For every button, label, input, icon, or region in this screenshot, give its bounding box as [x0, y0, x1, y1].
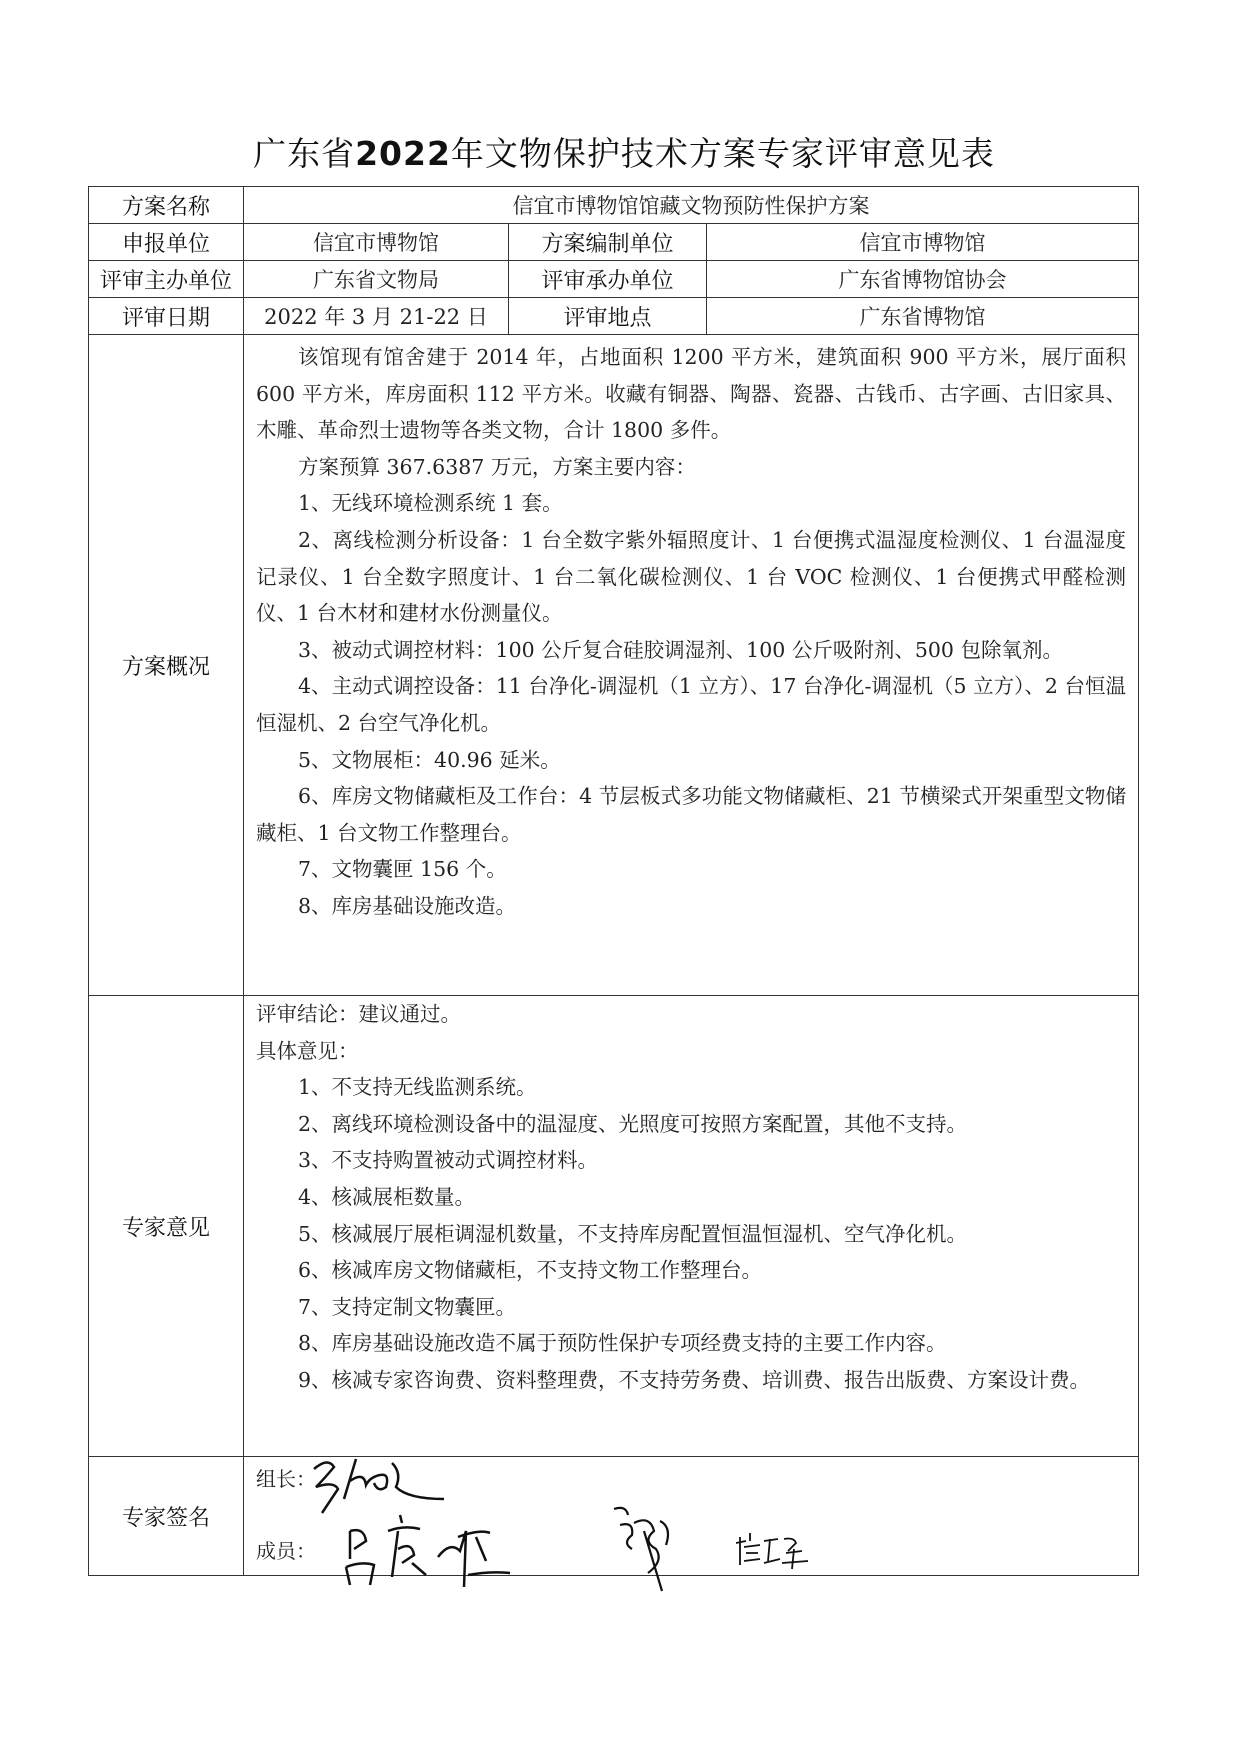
row-overview: 方案概况 该馆现有馆舍建于 2014 年，占地面积 1200 平方米，建筑面积 … [89, 335, 1139, 996]
compiler-label: 方案编制单位 [509, 224, 707, 261]
opinion-item: 1、不支持无线监测系统。 [256, 1069, 1126, 1106]
member-signature-ink-3 [732, 1527, 812, 1573]
organizer-value: 广东省博物馆协会 [707, 261, 1139, 298]
title-year: 2022 [355, 134, 451, 173]
member-signature-ink-1 [340, 1501, 570, 1587]
row-host: 评审主办单位 广东省文物局 评审承办单位 广东省博物馆协会 [89, 261, 1139, 298]
applicant-label: 申报单位 [89, 224, 244, 261]
overview-budget: 方案预算 367.6387 万元，方案主要内容： [256, 449, 1126, 486]
compiler-value: 信宜市博物馆 [707, 224, 1139, 261]
review-form-table: 方案名称 信宜市博物馆馆藏文物预防性保护方案 申报单位 信宜市博物馆 方案编制单… [88, 186, 1139, 1576]
opinion-item: 9、核减专家咨询费、资料整理费，不支持劳务费、培训费、报告出版费、方案设计费。 [256, 1362, 1126, 1399]
date-label: 评审日期 [89, 298, 244, 335]
overview-item: 4、主动式调控设备：11 台净化-调湿机（1 立方）、17 台净化-调湿机（5 … [256, 668, 1126, 741]
row-plan-name: 方案名称 信宜市博物馆馆藏文物预防性保护方案 [89, 187, 1139, 224]
title-prefix: 广东省 [253, 134, 355, 173]
overview-content: 该馆现有馆舍建于 2014 年，占地面积 1200 平方米，建筑面积 900 平… [244, 335, 1139, 996]
host-label: 评审主办单位 [89, 261, 244, 298]
signature-label: 专家签名 [89, 1457, 244, 1576]
member-signature-ink-2 [604, 1501, 694, 1597]
opinion-item: 6、核减库房文物储藏柜，不支持文物工作整理台。 [256, 1252, 1126, 1289]
opinion-item: 7、支持定制文物囊匣。 [256, 1289, 1126, 1326]
location-label: 评审地点 [509, 298, 707, 335]
opinion-item: 4、核减展柜数量。 [256, 1179, 1126, 1216]
applicant-value: 信宜市博物馆 [244, 224, 509, 261]
overview-label: 方案概况 [89, 335, 244, 996]
overview-item: 2、离线检测分析设备：1 台全数字紫外辐照度计、1 台便携式温湿度检测仪、1 台… [256, 522, 1126, 632]
row-date: 评审日期 2022 年 3 月 21-22 日 评审地点 广东省博物馆 [89, 298, 1139, 335]
overview-intro: 该馆现有馆舍建于 2014 年，占地面积 1200 平方米，建筑面积 900 平… [256, 339, 1126, 449]
document-title: 广东省2022年文物保护技术方案专家评审意见表 [0, 128, 1248, 175]
row-applicant: 申报单位 信宜市博物馆 方案编制单位 信宜市博物馆 [89, 224, 1139, 261]
overview-item: 1、无线环境检测系统 1 套。 [256, 485, 1126, 522]
opinion-item: 2、离线环境检测设备中的温湿度、光照度可按照方案配置，其他不支持。 [256, 1106, 1126, 1143]
overview-item: 8、库房基础设施改造。 [256, 888, 1126, 925]
plan-name-value: 信宜市博物馆馆藏文物预防性保护方案 [244, 187, 1139, 224]
opinion-label: 专家意见 [89, 996, 244, 1457]
organizer-label: 评审承办单位 [509, 261, 707, 298]
overview-item: 3、被动式调控材料：100 公斤复合硅胶调湿剂、100 公斤吸附剂、500 包除… [256, 632, 1126, 669]
members-label: 成员： [256, 1535, 316, 1564]
opinion-content: 评审结论：建议通过。 具体意见： 1、不支持无线监测系统。 2、离线环境检测设备… [244, 996, 1139, 1457]
overview-item: 6、库房文物储藏柜及工作台：4 节层板式多功能文物储藏柜、21 节横梁式开架重型… [256, 778, 1126, 851]
details-heading: 具体意见： [256, 1033, 1126, 1070]
overview-item: 7、文物囊匣 156 个。 [256, 851, 1126, 888]
signature-area: 组长： 成员： [244, 1457, 1139, 1576]
row-opinion: 专家意见 评审结论：建议通过。 具体意见： 1、不支持无线监测系统。 2、离线环… [89, 996, 1139, 1457]
overview-item: 5、文物展柜：40.96 延米。 [256, 742, 1126, 779]
plan-name-label: 方案名称 [89, 187, 244, 224]
location-value: 广东省博物馆 [707, 298, 1139, 335]
row-signature: 专家签名 组长： 成员： [89, 1457, 1139, 1576]
review-conclusion: 评审结论：建议通过。 [256, 996, 1126, 1033]
opinion-item: 3、不支持购置被动式调控材料。 [256, 1142, 1126, 1179]
host-value: 广东省文物局 [244, 261, 509, 298]
opinion-item: 5、核减展厅展柜调湿机数量，不支持库房配置恒温恒湿机、空气净化机。 [256, 1216, 1126, 1253]
opinion-item: 8、库房基础设施改造不属于预防性保护专项经费支持的主要工作内容。 [256, 1325, 1126, 1362]
title-suffix: 年文物保护技术方案专家评审意见表 [451, 134, 995, 173]
date-value: 2022 年 3 月 21-22 日 [244, 298, 509, 335]
